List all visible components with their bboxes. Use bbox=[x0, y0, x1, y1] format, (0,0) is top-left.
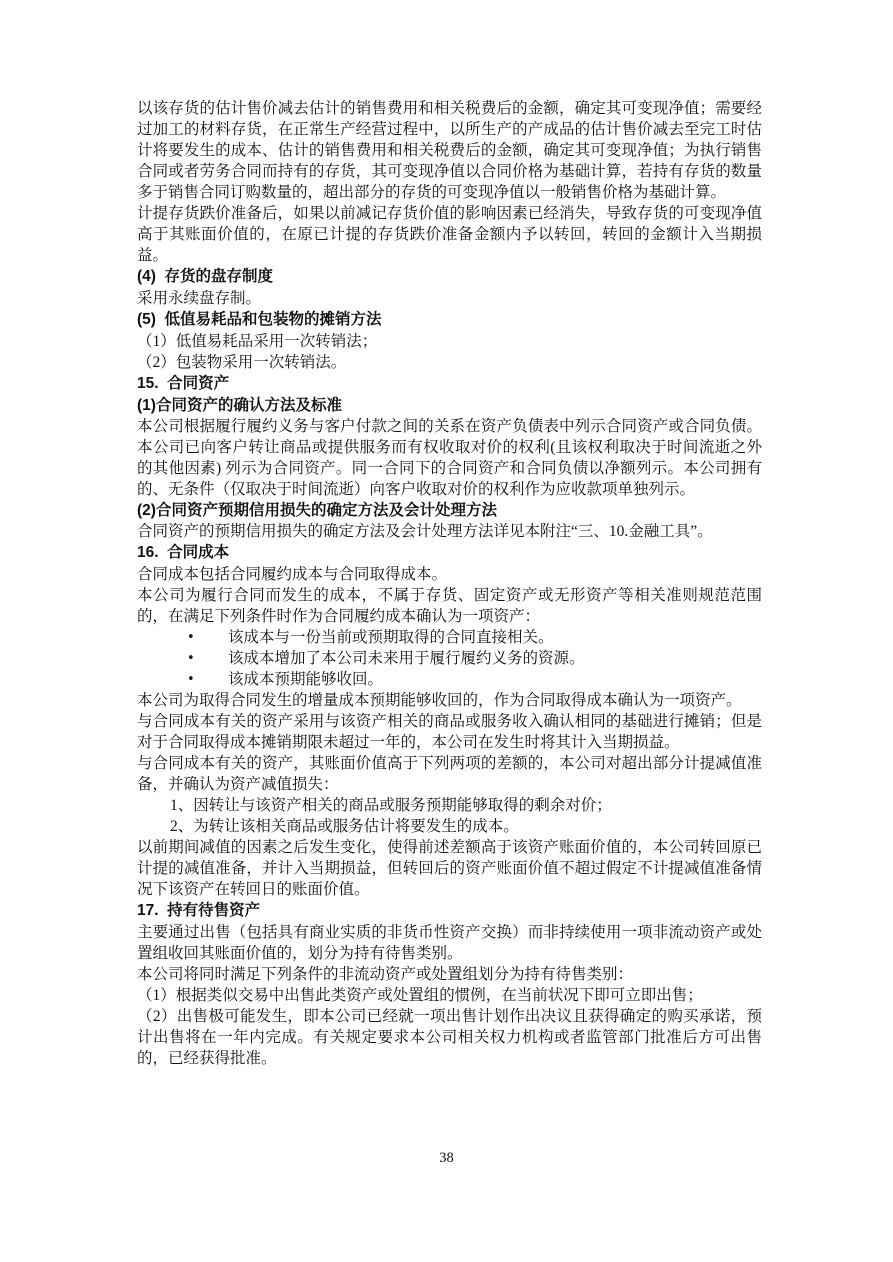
page-number: 38 bbox=[0, 1148, 893, 1169]
section16-bullet-text: 该成本预期能够收回。 bbox=[228, 671, 383, 688]
section17-paragraph-2: 本公司将同时满足下列条件的非流动资产或处置组划分为持有待售类别： bbox=[137, 964, 762, 985]
inventory-nrv-paragraph-1: 以该存货的估计售价减去估计的销售费用和相关税费后的金额，确定其可变现净值；需要经… bbox=[137, 98, 762, 203]
section15-sub1-body: 本公司根据履行履约义务与客户付款之间的关系在资产负债表中列示合同资产或合同负债。… bbox=[137, 416, 762, 500]
section16-bullet-item: • 该成本预期能够收回。 bbox=[137, 669, 762, 690]
bullet-icon: • bbox=[187, 627, 195, 648]
bullet-icon: • bbox=[187, 648, 195, 669]
section15-heading: 15. 合同资产 bbox=[137, 373, 762, 395]
section16-numbered-item-2: 2、为转让该相关商品或服务估计将要发生的成本。 bbox=[137, 816, 762, 837]
section16-bullet-item: • 该成本与一份当前或预期取得的合同直接相关。 bbox=[137, 627, 762, 648]
section4-heading: (4) 存货的盘存制度 bbox=[137, 266, 762, 288]
section17-item-2: （2）出售极可能发生，即本公司已经就一项出售计划作出决议且获得确定的购买承诺，预… bbox=[137, 1006, 762, 1069]
section16-heading: 16. 合同成本 bbox=[137, 542, 762, 564]
inventory-nrv-paragraph-2: 计提存货跌价准备后，如果以前减记存货价值的影响因素已经消失，导致存货的可变现净值… bbox=[137, 203, 762, 266]
page-content: 以该存货的估计售价减去估计的销售费用和相关税费后的金额，确定其可变现净值；需要经… bbox=[137, 98, 762, 1069]
section16-paragraph-1: 合同成本包括合同履约成本与合同取得成本。 bbox=[137, 564, 762, 585]
section16-bullet-text: 该成本与一份当前或预期取得的合同直接相关。 bbox=[228, 629, 554, 646]
section16-paragraph-5: 与合同成本有关的资产，其账面价值高于下列两项的差额的，本公司对超出部分计提减值准… bbox=[137, 753, 762, 795]
document-page: 以该存货的估计售价减去估计的销售费用和相关税费后的金额，确定其可变现净值；需要经… bbox=[0, 0, 893, 1262]
section16-paragraph-6: 以前期间减值的因素之后发生变化，使得前述差额高于该资产账面价值的，本公司转回原已… bbox=[137, 837, 762, 900]
section5-item-1: （1）低值易耗品采用一次转销法； bbox=[137, 331, 762, 352]
section5-heading: (5) 低值易耗品和包装物的摊销方法 bbox=[137, 309, 762, 331]
section16-bullet-item: • 该成本增加了本公司未来用于履行履约义务的资源。 bbox=[137, 648, 762, 669]
section16-paragraph-2: 本公司为履行合同而发生的成本，不属于存货、固定资产或无形资产等相关准则规范范围的… bbox=[137, 585, 762, 627]
section15-sub1-heading: (1)合同资产的确认方法及标准 bbox=[137, 395, 762, 416]
bullet-icon: • bbox=[187, 669, 195, 690]
section4-body: 采用永续盘存制。 bbox=[137, 288, 762, 309]
section15-sub2-heading: (2)合同资产预期信用损失的确定方法及会计处理方法 bbox=[137, 500, 762, 521]
section16-numbered-item-1: 1、因转让与该资产相关的商品或服务预期能够取得的剩余对价； bbox=[137, 795, 762, 816]
section15-sub2-body: 合同资产的预期信用损失的确定方法及会计处理方法详见本附注“三、10.金融工具”。 bbox=[137, 521, 762, 542]
section16-paragraph-3: 本公司为取得合同发生的增量成本预期能够收回的，作为合同取得成本确认为一项资产。 bbox=[137, 690, 762, 711]
section16-bullet-text: 该成本增加了本公司未来用于履行履约义务的资源。 bbox=[228, 650, 585, 667]
section17-paragraph-1: 主要通过出售（包括具有商业实质的非货币性资产交换）而非持续使用一项非流动资产或处… bbox=[137, 922, 762, 964]
section17-heading: 17. 持有待售资产 bbox=[137, 900, 762, 922]
section17-item-1: （1）根据类似交易中出售此类资产或处置组的惯例，在当前状况下即可立即出售； bbox=[137, 985, 762, 1006]
section5-item-2: （2）包装物采用一次转销法。 bbox=[137, 352, 762, 373]
section16-paragraph-4: 与合同成本有关的资产采用与该资产相关的商品或服务收入确认相同的基础进行摊销；但是… bbox=[137, 711, 762, 753]
